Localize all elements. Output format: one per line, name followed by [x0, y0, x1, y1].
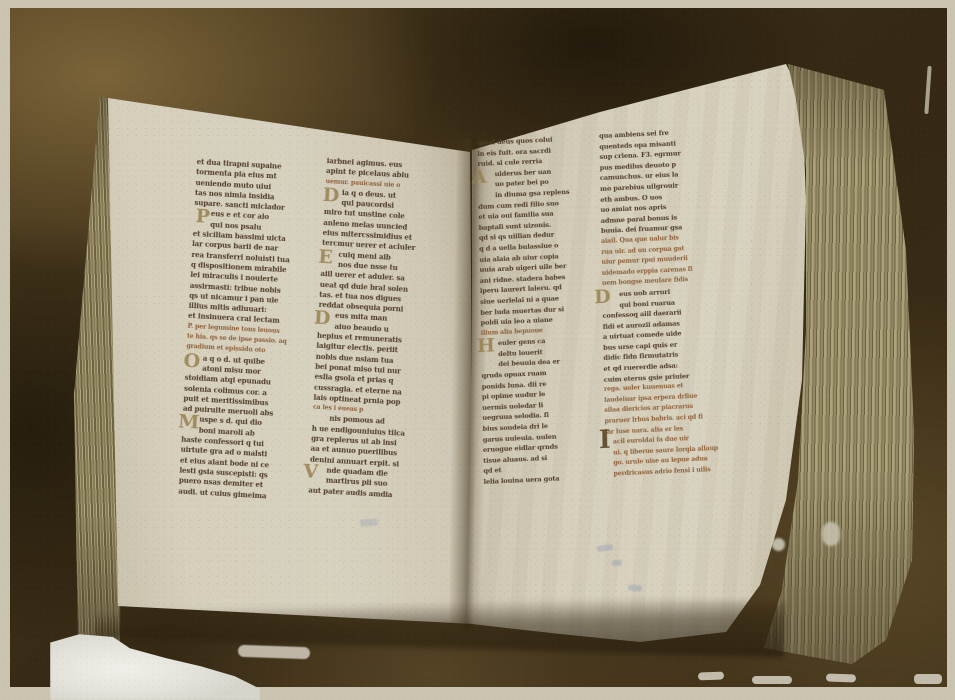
faint-pencil-mark: [612, 560, 622, 566]
illuminated-initial: D: [322, 185, 339, 206]
illuminated-initial: P: [195, 206, 210, 227]
faint-pencil-mark: [360, 518, 378, 526]
right-page-column-1: A H quod deus quos coluiin eis fuit. ora…: [477, 133, 586, 494]
photograph: P O M et dua tirapni supainetormenta pia…: [0, 0, 955, 700]
open-manuscript-book: P O M et dua tirapni supainetormenta pia…: [0, 0, 955, 700]
emulsion-damage-streak: [238, 645, 310, 660]
illuminated-initial: A: [472, 167, 487, 188]
emulsion-damage-speck: [752, 676, 792, 684]
faint-pencil-mark: [628, 584, 642, 591]
white-spot: [772, 538, 785, 551]
illuminated-initial: O: [183, 351, 200, 372]
left-page-column-2: D E D V iarbnei agimus. eusapint te pice…: [307, 156, 452, 514]
illuminated-initial: D: [313, 308, 330, 329]
illuminated-initial: H: [477, 335, 495, 356]
illuminated-initial: M: [178, 411, 200, 432]
illuminated-initial: V: [303, 461, 319, 482]
illuminated-initial: I: [599, 427, 611, 454]
illuminated-initial: D: [594, 287, 611, 308]
emulsion-damage-speck: [826, 673, 856, 682]
illuminated-initial: E: [318, 247, 333, 268]
emulsion-damage-speck: [914, 674, 942, 684]
white-spot: [822, 522, 840, 546]
right-page-column-2: D I qua ambiens sei frequenteds opa misa…: [599, 126, 716, 487]
emulsion-damage-speck: [698, 672, 724, 681]
left-page-column-1: P O M et dua tirapni supainetormenta pia…: [177, 157, 314, 515]
